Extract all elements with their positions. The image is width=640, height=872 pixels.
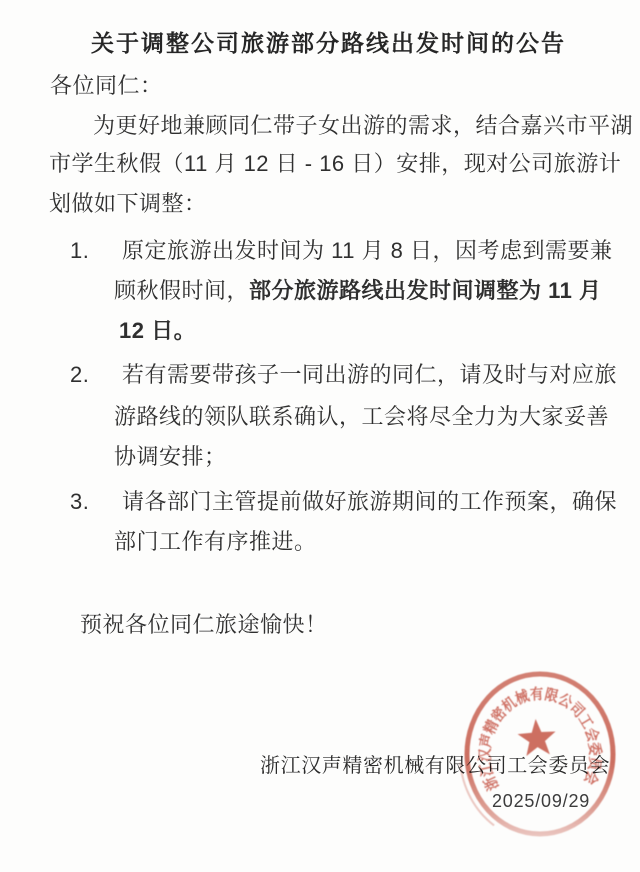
list-item-1-line-2-bold: 部分旅游路线出发时间调整为 11 月 [249,278,601,303]
greeting-line: 各位同仁： [50,66,163,106]
list-item-1-number: 1. [70,231,89,271]
intro-line-3: 划做如下调整： [49,184,207,224]
closing-wish-line: 预祝各位同仁旅途愉快！ [80,605,328,645]
intro-line-2: 市学生秋假（11 月 12 日 - 16 日）安排，现对公司旅游计 [49,144,621,184]
announcement-document: 关于调整公司旅游部分路线出发时间的公告 各位同仁： 为更好地兼顾同仁带子女出游的… [0,0,640,872]
list-item-2-line-3: 协调安排； [114,437,227,477]
list-item-1-line-1: 原定旅游出发时间为 11 月 8 日，因考虑到需要兼 [122,231,613,271]
list-item-3-line-1: 请各部门主管提前做好旅游期间的工作预案，确保 [122,482,617,522]
list-item-1-line-2: 顾秋假时间，部分旅游路线出发时间调整为 11 月 [114,271,602,311]
signature-date: 2025/09/29 [492,781,590,821]
list-item-3-line-2: 部门工作有序推进。 [114,522,317,562]
signature-organization: 浙江汉声精密机械有限公司工会委员会 [260,746,610,786]
list-item-1-line-2-normal: 顾秋假时间， [114,278,249,303]
list-item-3-number: 3. [70,482,89,522]
list-item-2-line-2: 游路线的领队联系确认，工会将尽全力为大家妥善 [114,397,609,437]
list-item-1-line-3: 12 日。 [119,311,196,351]
list-item-2-number: 2. [70,355,89,395]
document-title: 关于调整公司旅游部分路线出发时间的公告 [91,23,566,63]
intro-line-1: 为更好地兼顾同仁带子女出游的需求，结合嘉兴市平湖 [93,106,633,146]
list-item-2-line-1: 若有需要带孩子一同出游的同仁，请及时与对应旅 [122,355,617,395]
